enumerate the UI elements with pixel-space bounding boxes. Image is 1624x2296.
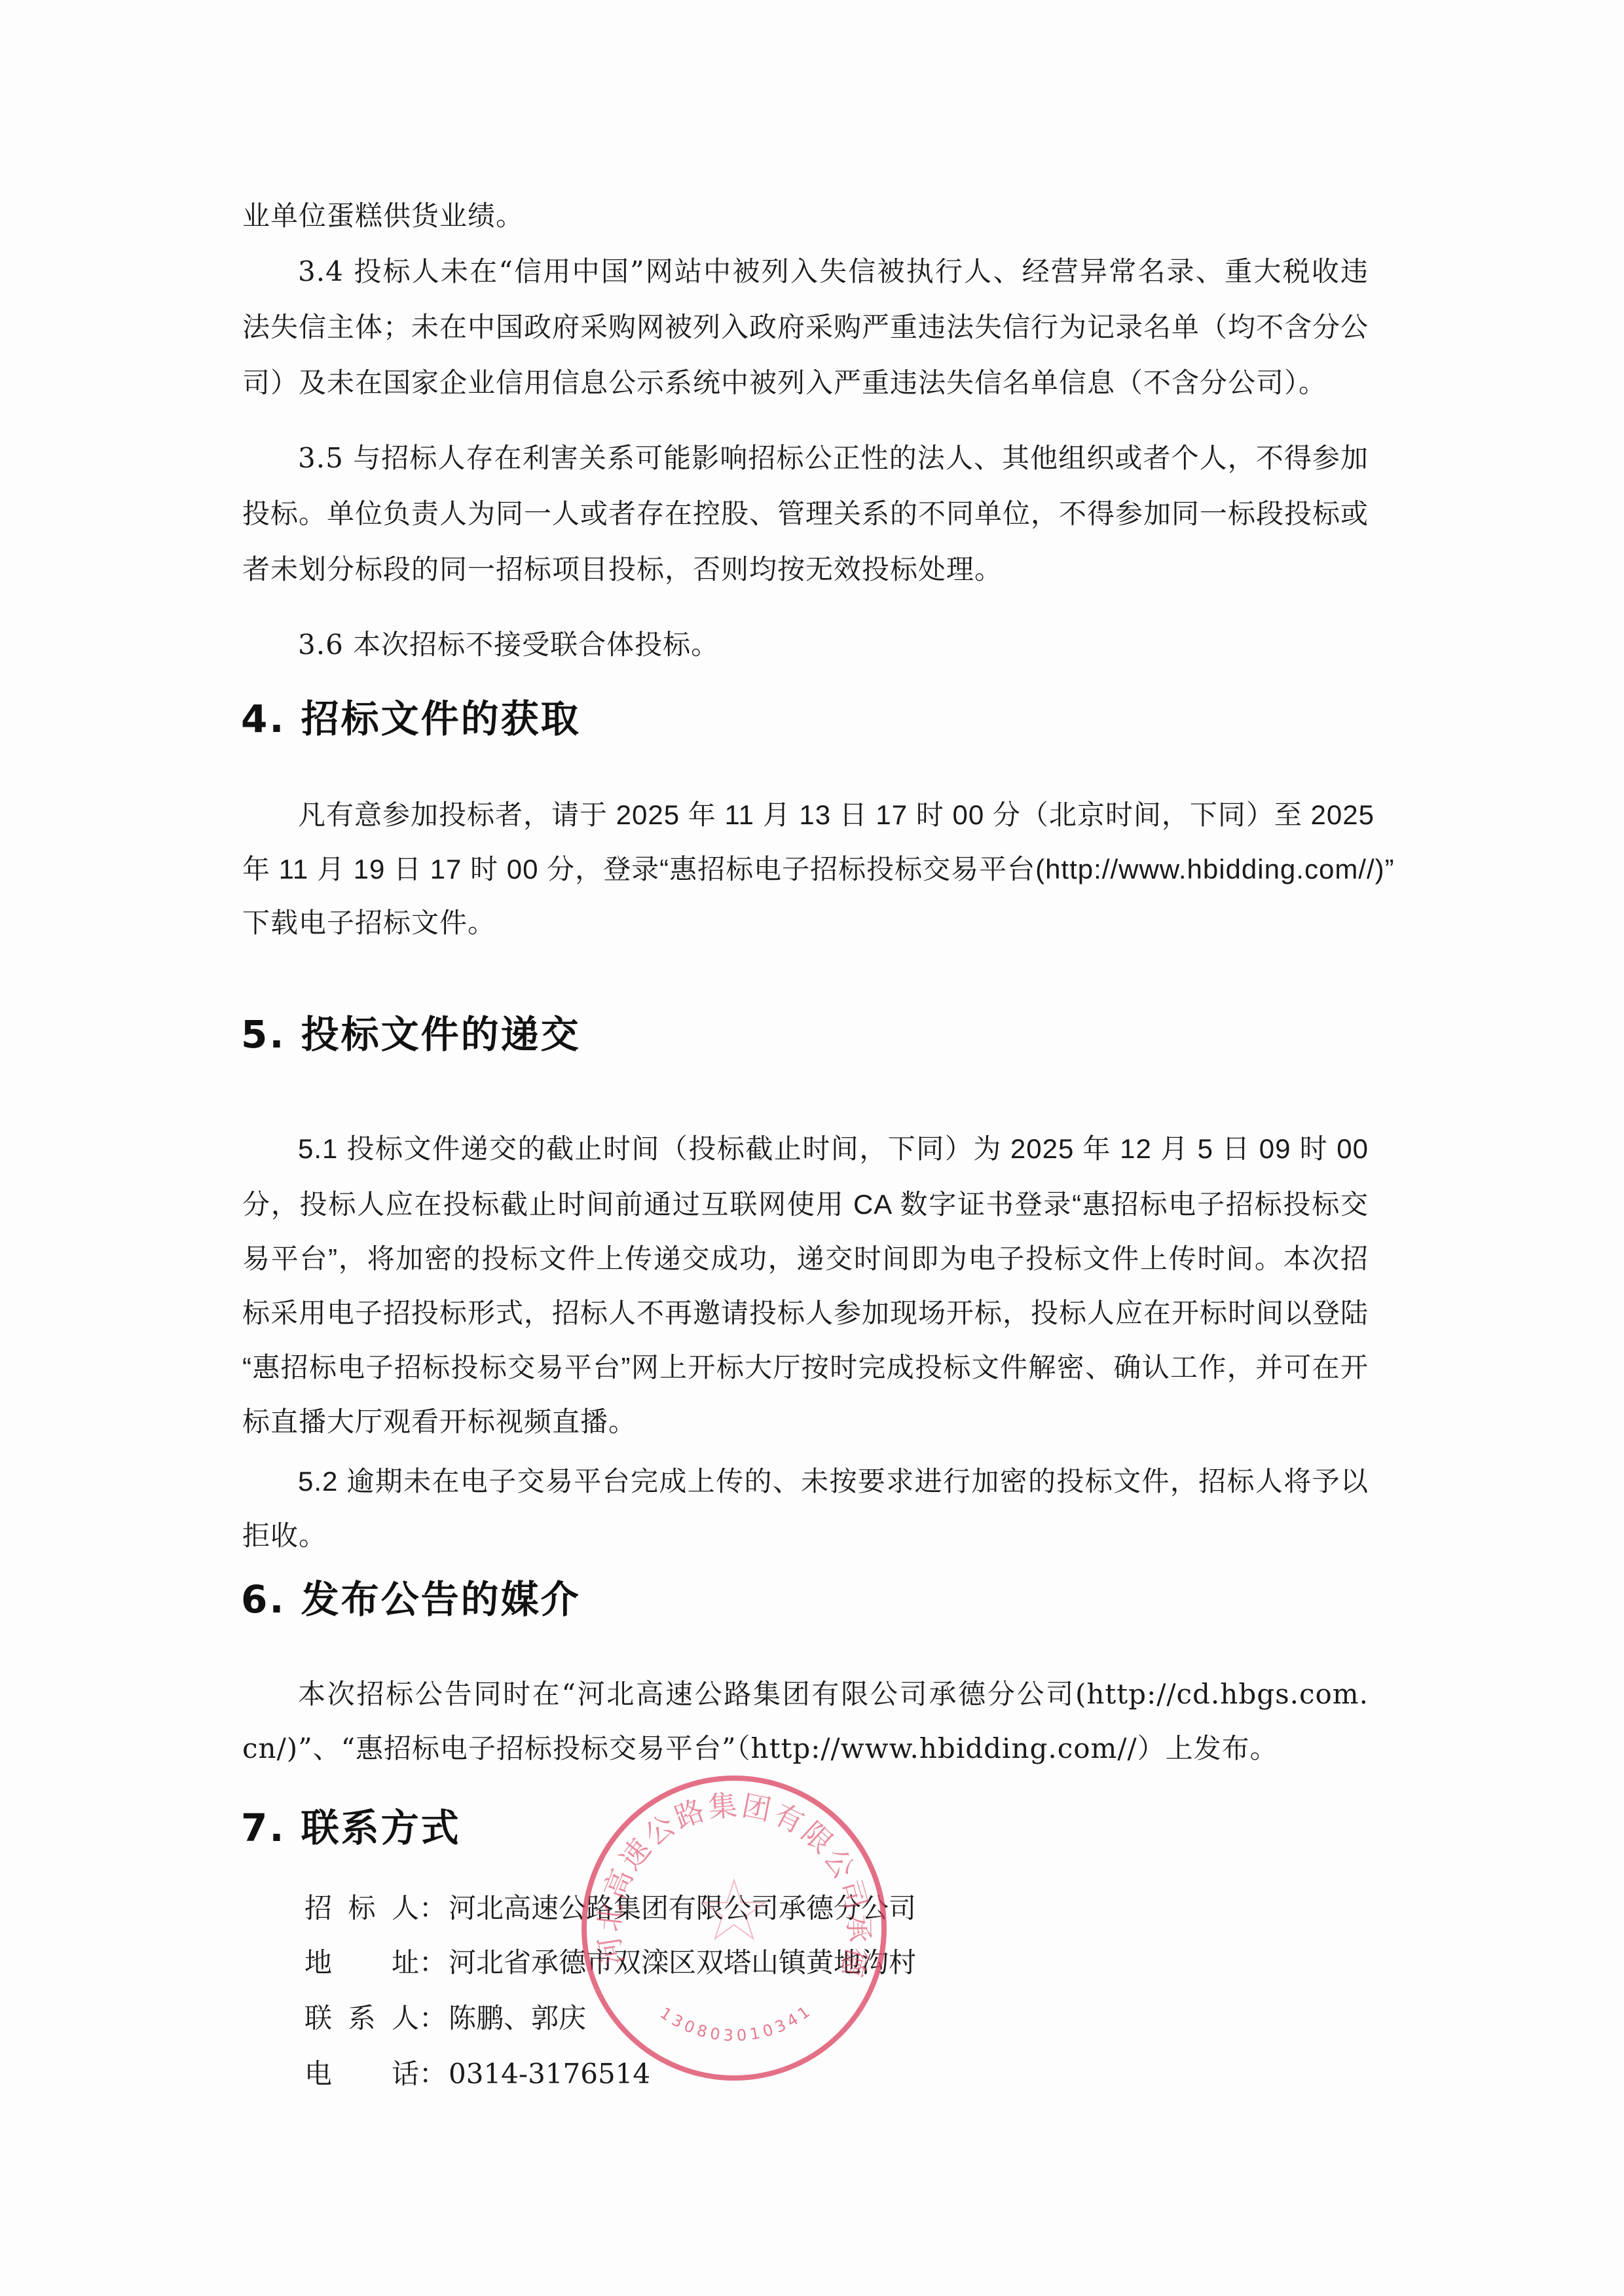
contact-colon: ： — [419, 1999, 449, 2038]
seal-graphic: 河北高速公路集团有限公司承德分公司 1308030103410 — [581, 1776, 887, 2081]
contact-colon: ： — [419, 1943, 449, 1982]
paragraph-line: 投标。单位负责人为同一人或者存在控股、管理关系的不同单位，不得参加同一标段投标或 — [242, 494, 1369, 534]
paragraph-line: 年 11 月 19 日 17 时 00 分，登录“惠招标电子招标投标交易平台(h… — [242, 850, 1369, 889]
contact-value: 河北高速公路集团有限公司承德分公司 — [449, 1892, 916, 1924]
contact-row-bidder: 招标人：河北高速公路集团有限公司承德分公司 — [304, 1889, 916, 1928]
paragraph-line: 3.5 与招标人存在利害关系可能影响招标公正性的法人、其他组织或者个人，不得参加 — [298, 439, 1369, 478]
paragraph-line: 3.4 投标人未在“信用中国”网站中被列入失信被执行人、经营异常名录、重大税收违 — [298, 252, 1369, 291]
paragraph-line: 易平台”，将加密的投标文件上传递交成功，递交时间即为电子投标文件上传时间。本次招 — [242, 1239, 1369, 1279]
contact-value: 0314-3176514 — [449, 2058, 650, 2090]
paragraph-line: 本次招标公告同时在“河北高速公路集团有限公司承德分公司(http://cd.hb… — [298, 1675, 1369, 1714]
paragraph-line: cn/)”、“惠招标电子招标投标交易平台”（http://www.hbiddin… — [242, 1729, 1369, 1768]
contact-colon: ： — [419, 1889, 449, 1928]
paragraph-line: 凡有意参加投标者，请于 2025 年 11 月 13 日 17 时 00 分（北… — [298, 795, 1369, 835]
paragraph-line: 拒收。 — [242, 1516, 1369, 1556]
paragraph-line: 标直播大厅观看开标视频直播。 — [242, 1402, 1369, 1442]
paragraph-line: 标采用电子招投标形式，招标人不再邀请投标人参加现场开标，投标人应在开标时间以登陆 — [242, 1294, 1369, 1333]
paragraph-line: 下载电子招标文件。 — [242, 903, 1369, 943]
contact-colon: ： — [419, 2054, 449, 2094]
contact-row-contact-person: 联系人：陈鹏、郭庆 — [304, 1999, 586, 2038]
paragraph-3-6: 3.6 本次招标不接受联合体投标。 — [298, 625, 1369, 665]
contact-value: 陈鹏、郭庆 — [449, 2002, 586, 2034]
paragraph-line: 司）及未在国家企业信用信息公示系统中被列入严重违法失信名单信息（不含分公司）。 — [242, 363, 1369, 403]
contact-label: 地址 — [304, 1943, 419, 1982]
contact-label: 招标人 — [304, 1889, 419, 1928]
contact-row-address: 地址：河北省承德市双滦区双塔山镇黄地沟村 — [304, 1943, 916, 1982]
paragraph-line: “惠招标电子招标投标交易平台”网上开标大厅按时完成投标文件解密、确认工作，并可在… — [242, 1348, 1369, 1387]
document-page: 业单位蛋糕供货业绩。 3.4 投标人未在“信用中国”网站中被列入失信被执行人、经… — [0, 0, 1624, 2296]
paragraph-line: 分，投标人应在投标截止时间前通过互联网使用 CA 数字证书登录“惠招标电子招标投… — [242, 1185, 1369, 1224]
section3-continued-line: 业单位蛋糕供货业绩。 — [242, 196, 1369, 236]
paragraph-line: 法失信主体；未在中国政府采购网被列入政府采购严重违法失信行为记录名单（均不含分公 — [242, 308, 1369, 347]
section-5-heading: 5. 投标文件的递交 — [241, 1011, 581, 1057]
paragraph-line: 5.2 逾期未在电子交易平台完成上传的、未按要求进行加密的投标文件，招标人将予以 — [298, 1462, 1369, 1501]
contact-value: 河北省承德市双滦区双塔山镇黄地沟村 — [449, 1946, 916, 1978]
contact-label: 电话 — [304, 2054, 419, 2094]
section-7-heading: 7. 联系方式 — [241, 1805, 461, 1851]
company-seal-stamp: 河北高速公路集团有限公司承德分公司 1308030103410 — [581, 1776, 887, 2081]
paragraph-line: 者未划分标段的同一招标项目投标，否则均按无效投标处理。 — [242, 550, 1369, 589]
contact-row-phone: 电话：0314-3176514 — [304, 2054, 650, 2094]
section-6-heading: 6. 发布公告的媒介 — [241, 1576, 581, 1622]
contact-label: 联系人 — [304, 1999, 419, 2038]
paragraph-line: 5.1 投标文件递交的截止时间（投标截止时间，下同）为 2025 年 12 月 … — [298, 1129, 1369, 1169]
section-4-heading: 4. 招标文件的获取 — [241, 696, 581, 742]
